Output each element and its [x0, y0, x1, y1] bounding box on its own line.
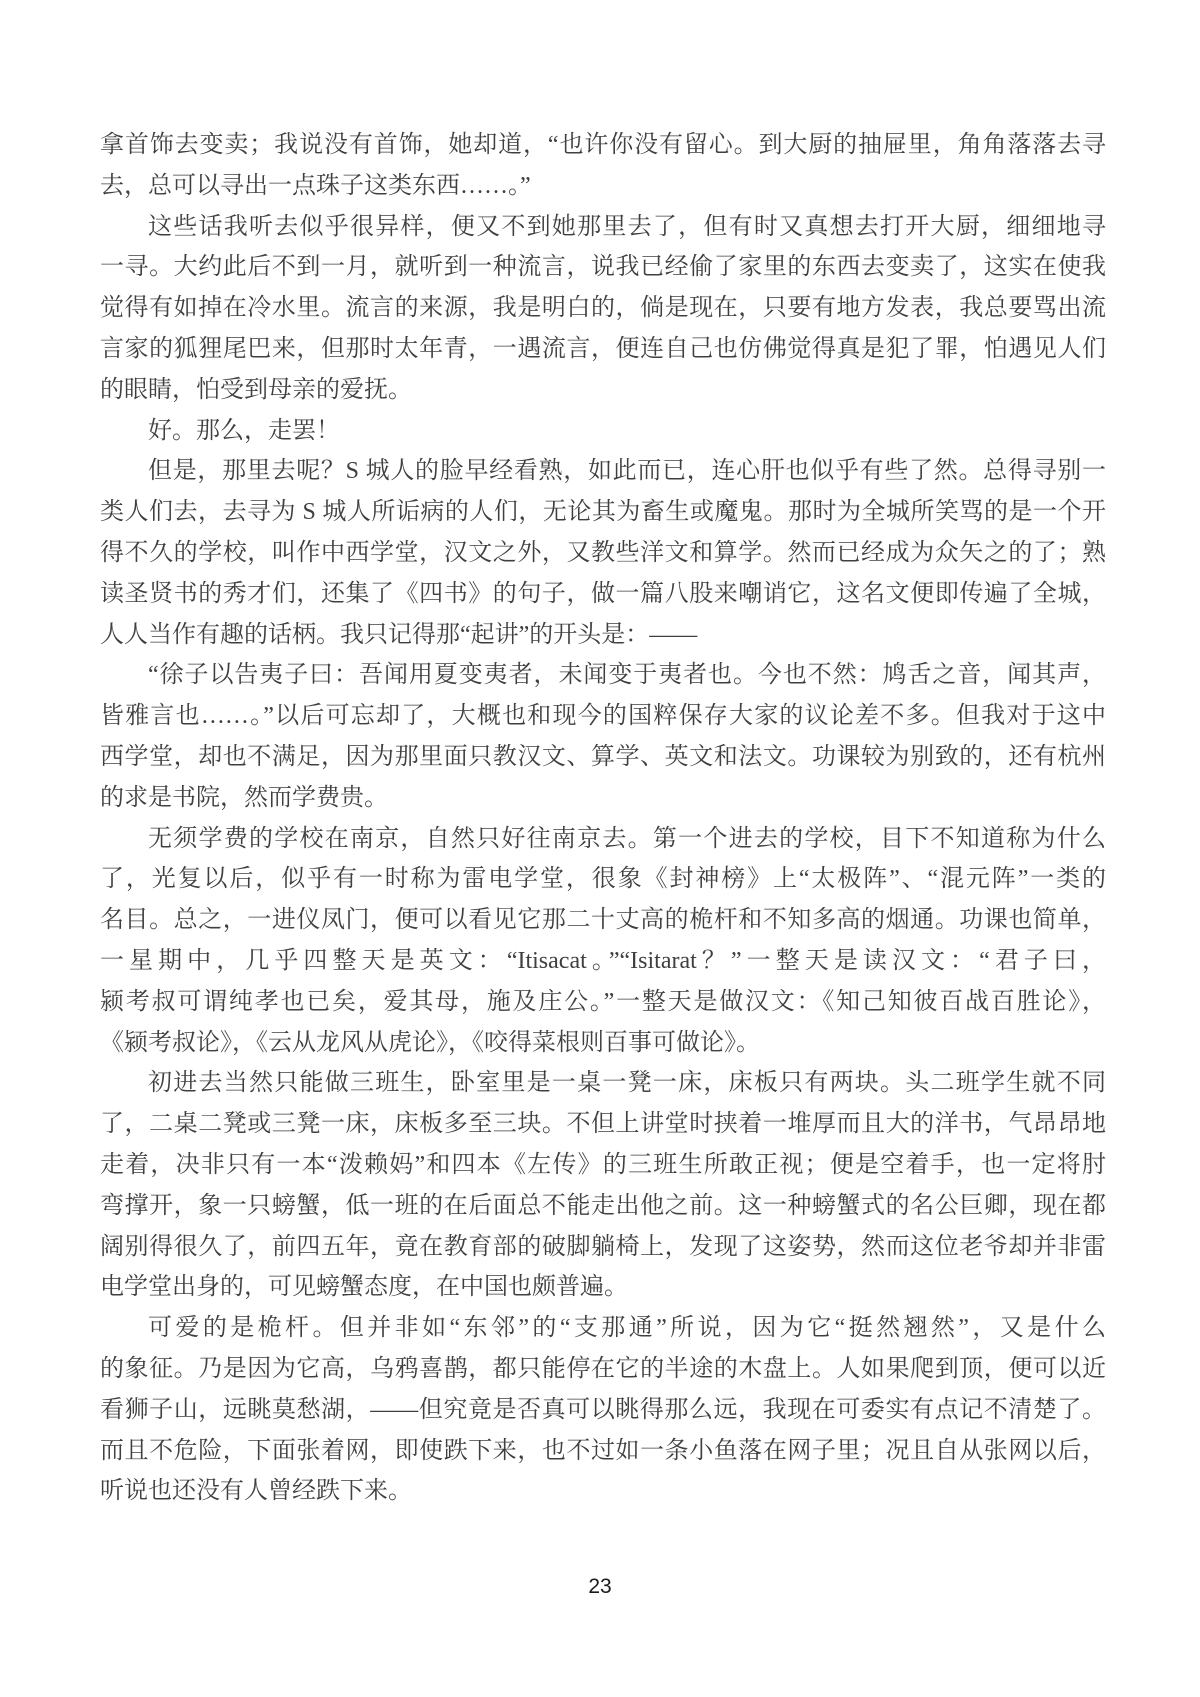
text-line: 这些话我听去似乎很异样，便又不到她那里去了，但有时又真想去打开大厨，细细地寻 — [100, 207, 1106, 248]
text-line: 名目。总之，一进仪凤门，便可以看见它那二十丈高的桅杆和不知多高的烟通。功课也简单… — [100, 900, 1106, 941]
text-line: 走着，决非只有一本“泼赖妈”和四本《左传》的三班生所敢正视；便是空着手，也一定将… — [100, 1145, 1106, 1186]
text-line: 的求是书院，然而学费贵。 — [100, 778, 1106, 819]
text-line: 西学堂，却也不满足，因为那里面只教汉文、算学、英文和法文。功课较为别致的，还有杭… — [100, 737, 1106, 778]
text-line: 电学堂出身的，可见螃蟹态度，在中国也颇普遍。 — [100, 1267, 1106, 1308]
text-line: 去，总可以寻出一点珠子这类东西……。” — [100, 166, 1106, 207]
text-block: 拿首饰去变卖；我说没有首饰，她却道，“也许你没有留心。到大厨的抽屉里，角角落落去… — [100, 125, 1106, 1512]
text-line: 一寻。大约此后不到一月，就听到一种流言，说我已经偷了家里的东西去变卖了，这实在使… — [100, 247, 1106, 288]
text-line: 弯撑开，象一只螃蟹，低一班的在后面总不能走出他之前。这一种螃蟹式的名公巨卿，现在… — [100, 1186, 1106, 1227]
text-line: 了，二桌二凳或三凳一床，床板多至三块。不但上讲堂时挟着一堆厚而且大的洋书，气昂昂… — [100, 1104, 1106, 1145]
text-line: 得不久的学校，叫作中西学堂，汉文之外，又教些洋文和算学。然而已经成为众矢之的了；… — [100, 533, 1106, 574]
text-line: 觉得有如掉在冷水里。流言的来源，我是明白的，倘是现在，只要有地方发表，我总要骂出… — [100, 288, 1106, 329]
text-line: 的眼睛，怕受到母亲的爱抚。 — [100, 370, 1106, 411]
text-line: 看狮子山，远眺莫愁湖，——但究竟是否真可以眺得那么远，我现在可委实有点记不清楚了… — [100, 1390, 1106, 1431]
text-line: 好。那么，走罢！ — [100, 411, 1106, 452]
text-line: 但是，那里去呢？S 城人的脸早经看熟，如此而已，连心肝也似乎有些了然。总得寻别一 — [100, 451, 1106, 492]
text-line: 了，光复以后，似乎有一时称为雷电学堂，很象《封神榜》上“太极阵”、“混元阵”一类… — [100, 859, 1106, 900]
text-line: 皆雅言也……。”以后可忘却了，大概也和现今的国粹保存大家的议论差不多。但我对于这… — [100, 696, 1106, 737]
text-line: 而且不危险，下面张着网，即使跌下来，也不过如一条小鱼落在网子里；况且自从张网以后… — [100, 1431, 1106, 1472]
text-line: 的象征。乃是因为它高，乌鸦喜鹊，都只能停在它的半途的木盘上。人如果爬到顶，便可以… — [100, 1349, 1106, 1390]
text-line: 拿首饰去变卖；我说没有首饰，她却道，“也许你没有留心。到大厨的抽屉里，角角落落去… — [100, 125, 1106, 166]
text-line: 类人们去，去寻为 S 城人所诟病的人们，无论其为畜生或魔鬼。那时为全城所笑骂的是… — [100, 492, 1106, 533]
text-line: 阔别得很久了，前四五年，竟在教育部的破脚躺椅上，发现了这姿势，然而这位老爷却并非… — [100, 1227, 1106, 1268]
text-line: 无须学费的学校在南京，自然只好往南京去。第一个进去的学校，目下不知道称为什么 — [100, 819, 1106, 860]
text-line: 初进去当然只能做三班生，卧室里是一桌一凳一床，床板只有两块。头二班学生就不同 — [100, 1063, 1106, 1104]
text-line: 一星期中，几乎四整天是英文：“Itisacat。”“Isitarat？”一整天是… — [100, 941, 1106, 982]
text-line: 读圣贤书的秀才们，还集了《四书》的句子，做一篇八股来嘲诮它，这名文便即传遍了全城… — [100, 574, 1106, 615]
text-line: 《颍考叔论》，《云从龙风从虎论》，《咬得菜根则百事可做论》。 — [100, 1023, 1106, 1064]
text-line: 言家的狐狸尾巴来，但那时太年青，一遇流言，便连自己也仿佛觉得真是犯了罪，怕遇见人… — [100, 329, 1106, 370]
text-line: 颍考叔可谓纯孝也已矣，爱其母，施及庄公。”一整天是做汉文：《知己知彼百战百胜论》… — [100, 982, 1106, 1023]
text-line: 可爱的是桅杆。但并非如“东邻”的“支那通”所说，因为它“挺然翘然”，又是什么 — [100, 1308, 1106, 1349]
text-line: “徐子以告夷子曰：吾闻用夏变夷者，未闻变于夷者也。今也不然：鸠舌之音，闻其声， — [100, 655, 1106, 696]
text-line: 听说也还没有人曾经跌下来。 — [100, 1471, 1106, 1512]
document-page: 拿首饰去变卖；我说没有首饰，她却道，“也许你没有留心。到大厨的抽屉里，角角落落去… — [0, 0, 1200, 1697]
page-number: 23 — [0, 1574, 1200, 1600]
text-line: 人人当作有趣的话柄。我只记得那“起讲”的开头是：—— — [100, 615, 1106, 656]
